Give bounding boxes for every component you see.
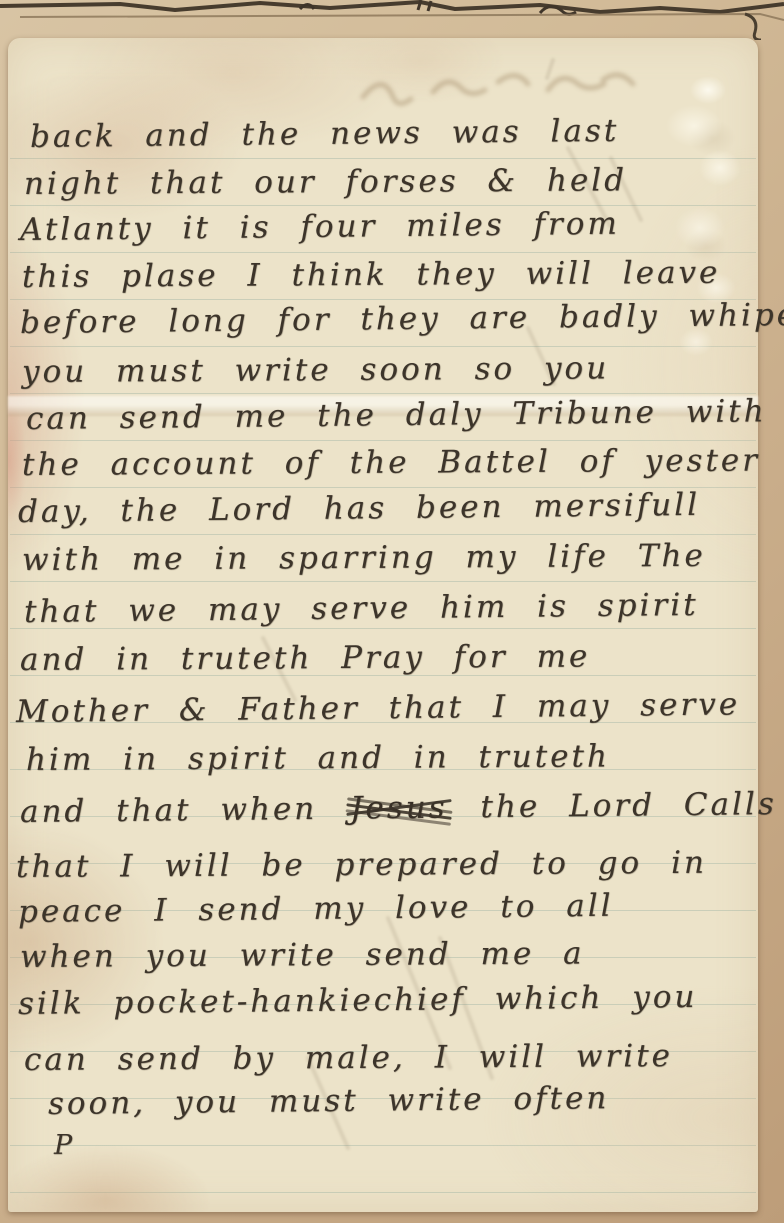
letter-line-2: night that our forses & held <box>24 163 627 201</box>
letter-line-18: when you write send me a <box>20 937 585 974</box>
letter-line-20: can send by male, I will write <box>24 1039 673 1077</box>
letter-line-11: that we may serve him is spirit <box>24 588 699 629</box>
letter-line-17: peace I send my love to all <box>18 889 614 929</box>
letter-line-4: this plase I think they will leave <box>22 256 721 294</box>
letter-line-13: Mother & Father that I may serve <box>16 687 740 729</box>
letter-line-14: him in spirit and in truteth <box>26 739 610 777</box>
page-mark: P <box>54 1130 72 1161</box>
crossed-out-word: Jesus <box>350 791 448 826</box>
letter-line-16: that I will be prepared to go in <box>16 846 707 884</box>
letter-line-21: soon, you must write often <box>48 1081 610 1121</box>
letter-line-1: back and the news was last <box>30 114 620 154</box>
line-15-after: the Lord Calls <box>480 786 777 825</box>
letter-line-8: the account of the Battel of yester <box>22 443 760 482</box>
letter-line-19: silk pocket-hankiechief which you <box>18 980 698 1021</box>
letter-line-3: Atlanty it is four miles from <box>20 207 620 247</box>
previous-page-torn-edge <box>0 0 784 40</box>
letter-line-10: with me in sparring my life The <box>22 539 706 577</box>
line-15-before: and that when <box>20 791 318 830</box>
letter-line-7: can send me the daly Tribune with <box>26 394 767 436</box>
letter-line-5: before long for they are badly whiped <box>20 298 784 340</box>
letter-page: back and the news was last night that ou… <box>8 38 758 1212</box>
letter-line-9: day, the Lord has been mersifull <box>18 488 700 529</box>
letter-scan: back and the news was last night that ou… <box>0 0 784 1223</box>
letter-line-15: and that when Jesus the Lord Calls <box>20 787 777 829</box>
letter-line-6: you must write soon so you <box>22 351 609 389</box>
letter-line-12: and in truteth Pray for me <box>20 640 590 677</box>
